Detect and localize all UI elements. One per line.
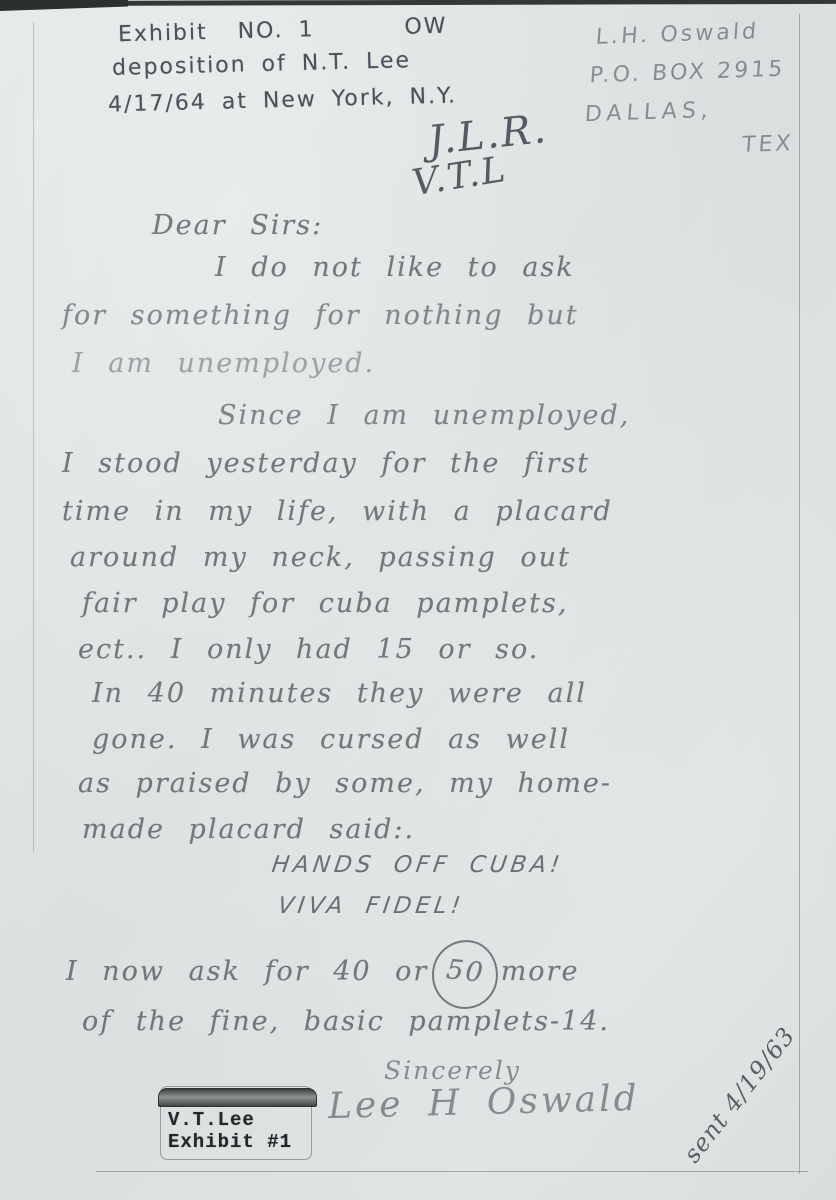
exhibit-annotation-line3: 4/17/64 at New York, N.Y. — [108, 83, 458, 117]
request-line: I now ask for 40 or50more — [66, 956, 579, 987]
stamp-line2: Exhibit #1 — [168, 1131, 292, 1153]
body-line: In 40 minutes they were all — [92, 678, 587, 709]
sent-date-note: sent 4/19/63 — [678, 1022, 801, 1168]
body-line: I stood yesterday for the first — [62, 448, 590, 479]
return-address-state: TEX — [741, 131, 794, 158]
body-line: ect.. I only had 15 or so. — [78, 634, 539, 665]
paper-crease-left — [33, 22, 34, 852]
body-line: around my neck, passing out — [70, 542, 571, 573]
slogan-hands-off-cuba: HANDS OFF CUBA! — [270, 852, 565, 878]
initials-vtl: V.T.L — [409, 149, 509, 204]
scanned-letter-page: Exhibit NO. 1 OW deposition of N.T. Lee … — [0, 0, 836, 1200]
return-address-name: L.H. Oswald — [595, 19, 760, 50]
body-line: for something for nothing but — [62, 300, 579, 331]
scan-edge-corner — [0, 0, 128, 11]
return-address-city: DALLAS, — [584, 98, 714, 127]
return-address-pobox: P.O. BOX 2915 — [589, 57, 786, 89]
signature-lee-h-oswald: Lee H Oswald — [328, 1078, 641, 1127]
body-line: gone. I was cursed as well — [92, 724, 570, 755]
circled-number: 50 — [429, 937, 502, 1013]
salutation: Dear Sirs: — [152, 210, 323, 241]
body-line: fair play for cuba pamplets, — [82, 588, 568, 619]
stamp-line1: V.T.Lee — [168, 1109, 255, 1131]
request-text-before: I now ask for 40 or — [66, 956, 428, 987]
body-line: as praised by some, my home- — [78, 768, 612, 799]
exhibit-annotation-line2: deposition of N.T. Lee — [112, 48, 412, 81]
body-line: I do not like to ask — [215, 252, 575, 283]
body-line: Since I am unemployed, — [218, 400, 630, 431]
stamp-label: V.T.LeeExhibit #1 — [168, 1109, 292, 1153]
request-text-after: more — [501, 956, 580, 987]
body-line: I am unemployed. — [72, 348, 375, 379]
body-line: made placard said:. — [82, 814, 415, 845]
slogan-viva-fidel: VIVA FIDEL! — [276, 893, 466, 919]
exhibit-stamp: V.T.LeeExhibit #1 — [160, 1086, 312, 1160]
stamp-ink-bar — [158, 1088, 317, 1107]
scan-line-right — [799, 14, 800, 1174]
faint-rule-bottom — [96, 1171, 808, 1172]
exhibit-annotation-line1: Exhibit NO. 1 OW — [118, 14, 448, 48]
body-line: time in my life, with a placard — [62, 496, 613, 527]
request-line2: of the fine, basic pamplets-14. — [82, 1006, 610, 1037]
